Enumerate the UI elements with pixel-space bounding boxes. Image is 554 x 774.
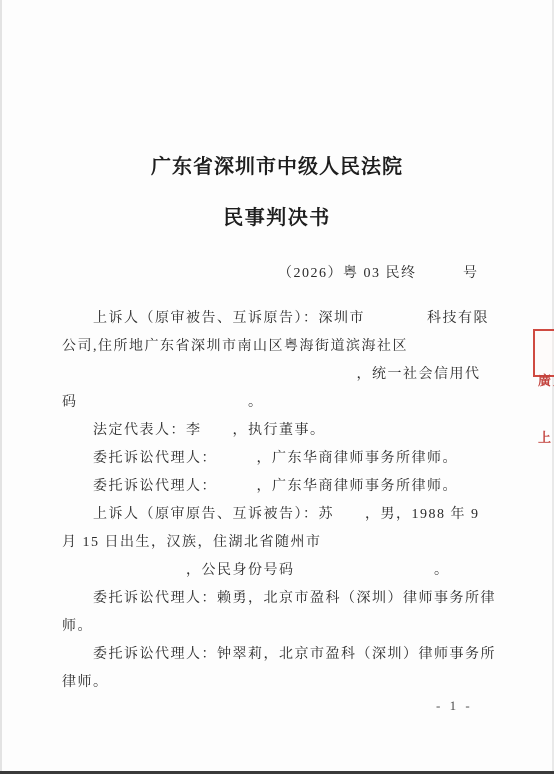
body-line: 委托诉讼代理人：赖勇，北京市盈科（深圳）律师事务所律 xyxy=(62,585,496,613)
body-line: 公司,住所地广东省深圳市南山区粤海街道滨海社区 xyxy=(62,333,496,361)
body-line: 上诉人（原审原告、互诉被告）：苏 ，男，1988 年 9 xyxy=(62,501,496,529)
document-type-title: 民事判决书 xyxy=(0,201,554,230)
case-number: （2026）粤 03 民终 号 xyxy=(278,262,554,282)
body-line: 委托诉讼代理人： ，广东华商律师事务所律师。 xyxy=(62,445,496,473)
document-body: 上诉人（原审被告、互诉原告）：深圳市 科技有限 公司,住所地广东省深圳市南山区粤… xyxy=(62,305,496,697)
body-line: 上诉人（原审被告、互诉原告）：深圳市 科技有限 xyxy=(62,305,496,333)
body-line: 码 。 xyxy=(62,389,496,417)
body-line: 委托诉讼代理人：钟翠莉，北京市盈科（深圳）律师事务所 xyxy=(62,641,496,669)
seal-text-line: 上 xyxy=(538,428,554,447)
page-edge-left xyxy=(0,0,2,774)
body-line: 月 15 日出生，汉族，住湖北省随州市 xyxy=(62,529,496,557)
body-line: ，公民身份号码 。 xyxy=(62,557,496,585)
seal-text-line: 廣東 xyxy=(538,371,554,390)
body-line: 法定代表人：李 ，执行董事。 xyxy=(62,417,496,445)
judgment-document-page: 广东省深圳市中级人民法院 民事判决书 （2026）粤 03 民终 号 上诉人（原… xyxy=(0,0,554,774)
body-line: 委托诉讼代理人： ，广东华商律师事务所律师。 xyxy=(62,473,496,501)
body-line: 律师。 xyxy=(62,669,496,697)
red-official-seal: 廣東 上 xyxy=(533,329,554,377)
body-line: ，统一社会信用代 xyxy=(62,361,496,389)
page-number: - 1 - xyxy=(436,698,473,714)
court-name-title: 广东省深圳市中级人民法院 xyxy=(0,0,554,179)
body-line: 师。 xyxy=(62,613,496,641)
